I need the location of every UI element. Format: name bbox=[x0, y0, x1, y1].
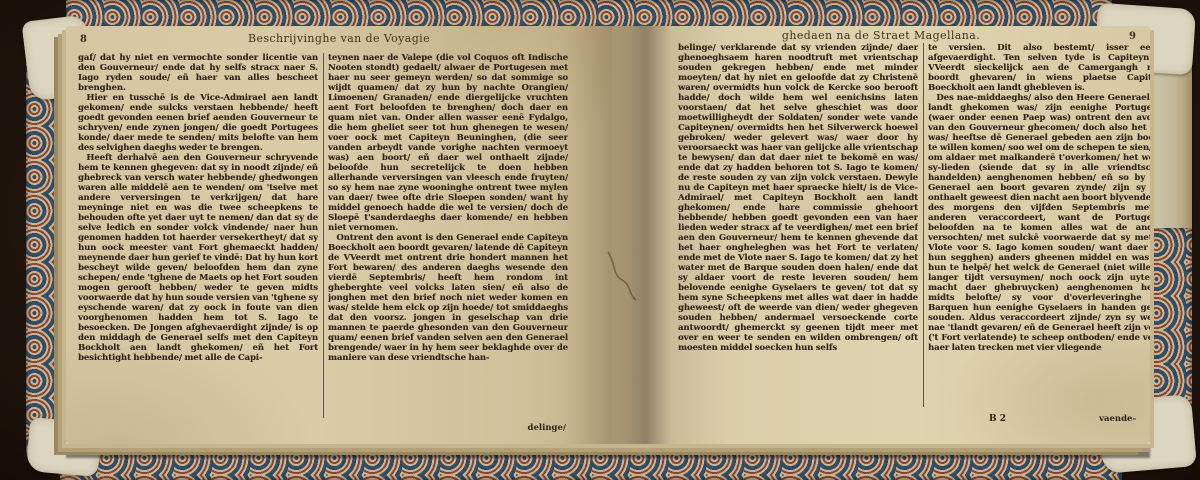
running-header-right: ghedaen na de Straet Magellana. bbox=[660, 29, 1102, 42]
running-header-left: Beschrijvinghe van de Voyagie bbox=[114, 32, 564, 45]
signature-mark: B 2 bbox=[896, 414, 1099, 424]
photo-background: 8 Beschrijvinghe van de Voyagie gaf/ dat… bbox=[0, 0, 1200, 480]
left-page: 8 Beschrijvinghe van de Voyagie gaf/ dat… bbox=[66, 26, 612, 444]
page-number-right: 9 bbox=[1102, 31, 1136, 42]
column-rule-left-page bbox=[323, 53, 324, 418]
left-page-footer: delinge/ bbox=[528, 423, 566, 433]
page-number-left: 8 bbox=[80, 34, 114, 45]
left-page-column-2: teynen naer de Valepe (die vol Coquos of… bbox=[328, 53, 568, 418]
right-page-footer: B 2 vaende- bbox=[896, 414, 1136, 424]
binding-thread-mark bbox=[602, 250, 642, 302]
right-page-column-1: belinge/ verklarende dat sy vrienden zij… bbox=[678, 43, 918, 407]
left-page-header-row: 8 Beschrijvinghe van de Voyagie bbox=[80, 32, 598, 45]
marbled-edge-bottom bbox=[60, 441, 1122, 480]
right-page: ghedaen na de Straet Magellana. 9 beling… bbox=[612, 26, 1150, 444]
right-page-header-row: ghedaen na de Straet Magellana. 9 bbox=[626, 29, 1136, 42]
open-book-spread: 8 Beschrijvinghe van de Voyagie gaf/ dat… bbox=[66, 26, 1150, 444]
column-rule-right-page bbox=[923, 43, 924, 407]
marbled-edge-top bbox=[66, 0, 1112, 29]
left-page-text-block: gaf/ dat hy niet en vermochte sonder lic… bbox=[78, 53, 570, 418]
catchword-right: vaende- bbox=[1099, 414, 1136, 424]
left-page-column-1: gaf/ dat hy niet en vermochte sonder lic… bbox=[78, 53, 318, 418]
marbled-edge-right bbox=[1148, 228, 1192, 424]
catchword-left: delinge/ bbox=[528, 423, 566, 433]
right-page-text-block: belinge/ verklarende dat sy vrienden zij… bbox=[678, 43, 1150, 407]
right-page-column-2: te versien. Dit also bestemt/ isser eene… bbox=[928, 43, 1150, 407]
